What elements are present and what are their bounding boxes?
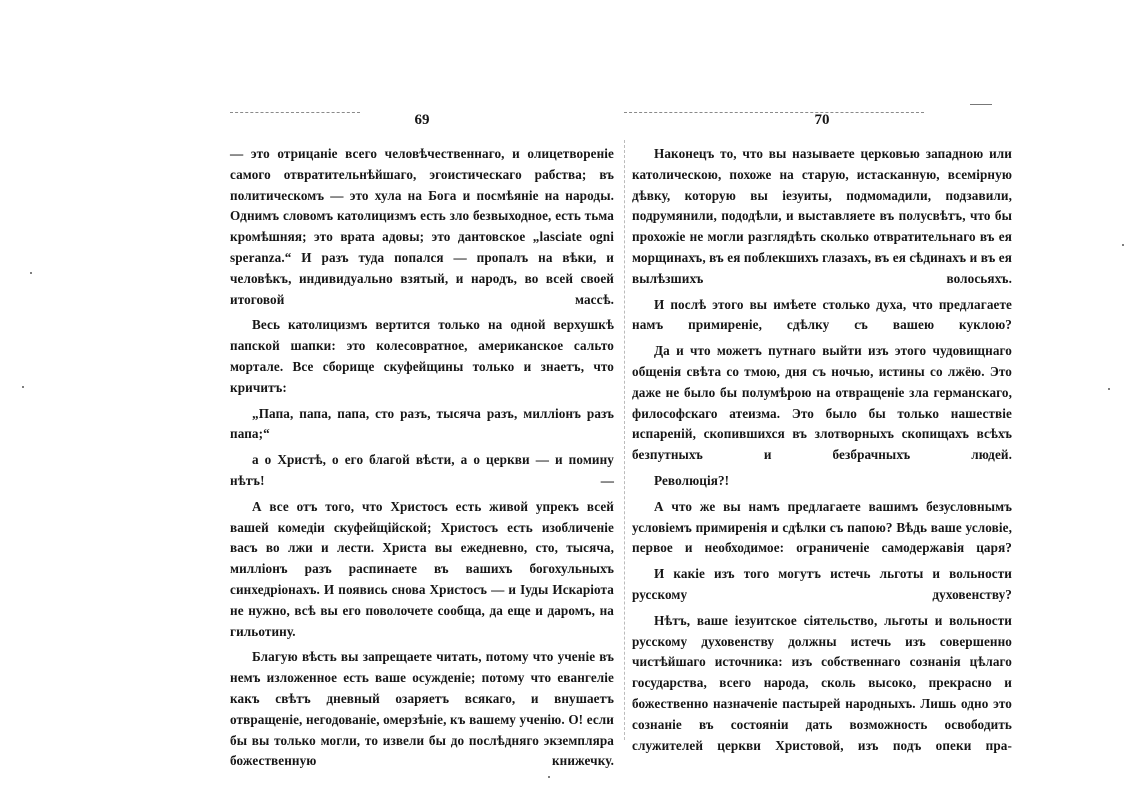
paragraph: Да и что можетъ путнаго выйти изъ этого … (632, 341, 1012, 466)
paragraph: — это отрицаніе всего человѣчественнаго,… (230, 144, 614, 310)
paragraph: А все отъ того, что Христосъ есть живой … (230, 497, 614, 643)
header-mark (970, 104, 992, 105)
paragraph: И послѣ этого вы имѣете столько духа, чт… (632, 295, 1012, 337)
paragraph: Наконецъ то, что вы называете церковью з… (632, 144, 1012, 290)
scan-speck (548, 776, 550, 778)
scan-speck (22, 386, 24, 388)
scan-speck (30, 272, 32, 274)
page-body: — это отрицаніе всего человѣчественнаго,… (230, 144, 614, 777)
paragraph: Благую вѣсть вы запрещаете читать, потом… (230, 647, 614, 772)
page-number: 70 (632, 112, 1012, 129)
paragraph: Революція?! (632, 471, 1012, 492)
scan-speck (1108, 388, 1110, 390)
scan-speck (1122, 244, 1124, 246)
paragraph: Весь католицизмъ вертится только на одно… (230, 315, 614, 398)
paragraph: И какіе изъ того могутъ истечь льготы и … (632, 564, 1012, 606)
page-body: Наконецъ то, что вы называете церковью з… (632, 144, 1012, 761)
page-number: 69 (230, 112, 614, 129)
paragraph: а о Христѣ, о его благой вѣсти, а о церк… (230, 450, 614, 492)
paragraph: „Папа, папа, папа, сто разъ, тысяча разъ… (230, 404, 614, 446)
paragraph: Нѣтъ, ваше іезуитское сіятельство, льгот… (632, 611, 1012, 757)
paragraph: А что же вы намъ предлагаете вашимъ безу… (632, 497, 1012, 559)
page-gutter (624, 140, 625, 740)
